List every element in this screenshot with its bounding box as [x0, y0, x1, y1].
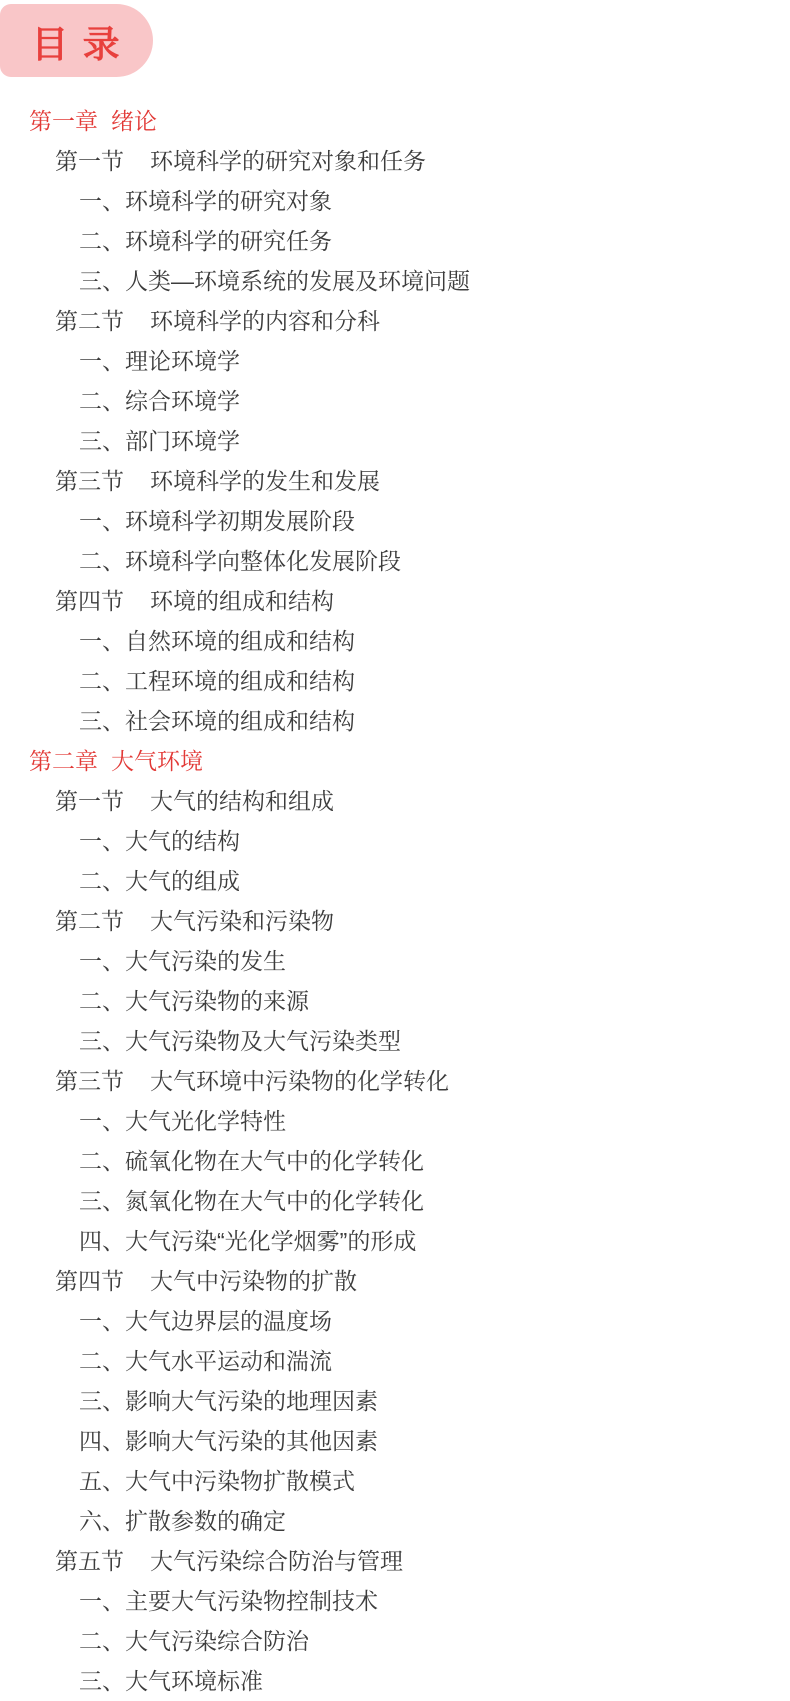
toc-title: 目 录: [31, 14, 121, 68]
toc-entry-item: 三、社会环境的组成和结构: [0, 701, 790, 741]
toc-entry-item: 三、影响大气污染的地理因素: [0, 1381, 790, 1421]
section-title: 大气环境中污染物的化学转化: [150, 1068, 449, 1094]
toc-entry-item: 一、大气光化学特性: [0, 1101, 790, 1141]
toc-item-text: 三、氮氧化物在大气中的化学转化: [79, 1188, 424, 1214]
toc-entry-item: 三、人类—环境系统的发展及环境问题: [0, 261, 790, 301]
toc-entry-item: 二、硫氧化物在大气中的化学转化: [0, 1141, 790, 1181]
toc-item-text: 一、环境科学初期发展阶段: [79, 508, 355, 534]
toc-entry-item: 一、自然环境的组成和结构: [0, 621, 790, 661]
section-label: 第三节: [55, 1068, 124, 1094]
toc-entry-item: 三、大气环境标准: [0, 1661, 790, 1701]
section-label: 第四节: [55, 588, 124, 614]
toc-item-text: 二、大气的组成: [79, 868, 240, 894]
toc-entry-item: 四、大气污染“光化学烟雾”的形成: [0, 1221, 790, 1261]
toc-entry-section: 第三节大气环境中污染物的化学转化: [0, 1061, 790, 1101]
toc-item-text: 一、环境科学的研究对象: [79, 188, 332, 214]
toc-item-text: 二、大气水平运动和湍流: [79, 1348, 332, 1374]
toc-entry-item: 三、氮氧化物在大气中的化学转化: [0, 1181, 790, 1221]
toc-entry-item: 二、工程环境的组成和结构: [0, 661, 790, 701]
toc-entry-item: 六、扩散参数的确定: [0, 1501, 790, 1541]
toc-item-text: 三、人类—环境系统的发展及环境问题: [79, 268, 470, 294]
toc-entry-item: 二、环境科学的研究任务: [0, 221, 790, 261]
chapter-label: 第一章: [29, 108, 98, 134]
toc-item-text: 五、大气中污染物扩散模式: [79, 1468, 355, 1494]
toc-entry-item: 一、理论环境学: [0, 341, 790, 381]
toc-item-text: 二、大气污染物的来源: [79, 988, 309, 1014]
section-title: 大气的结构和组成: [150, 788, 334, 814]
section-label: 第四节: [55, 1268, 124, 1294]
toc-entry-chapter: 第一章绪论: [0, 101, 790, 141]
toc-entry-section: 第五节大气污染综合防治与管理: [0, 1541, 790, 1581]
section-title: 大气污染综合防治与管理: [150, 1548, 403, 1574]
toc-item-text: 四、影响大气污染的其他因素: [79, 1428, 378, 1454]
toc-item-text: 二、大气污染综合防治: [79, 1628, 309, 1654]
section-label: 第一节: [55, 788, 124, 814]
toc-entry-item: 二、环境科学向整体化发展阶段: [0, 541, 790, 581]
toc-list: 第一章绪论第一节环境科学的研究对象和任务一、环境科学的研究对象二、环境科学的研究…: [0, 101, 790, 1701]
toc-item-text: 三、社会环境的组成和结构: [79, 708, 355, 734]
toc-page: 目 录 第一章绪论第一节环境科学的研究对象和任务一、环境科学的研究对象二、环境科…: [0, 4, 790, 1701]
toc-item-text: 二、综合环境学: [79, 388, 240, 414]
toc-item-text: 一、大气的结构: [79, 828, 240, 854]
toc-entry-section: 第二节环境科学的内容和分科: [0, 301, 790, 341]
toc-entry-section: 第三节环境科学的发生和发展: [0, 461, 790, 501]
toc-item-text: 一、大气光化学特性: [79, 1108, 286, 1134]
chapter-title: 绪论: [111, 108, 157, 134]
section-title: 大气中污染物的扩散: [150, 1268, 357, 1294]
toc-entry-item: 三、部门环境学: [0, 421, 790, 461]
section-title: 大气污染和污染物: [150, 908, 334, 934]
toc-entry-item: 一、大气污染的发生: [0, 941, 790, 981]
toc-entry-section: 第四节大气中污染物的扩散: [0, 1261, 790, 1301]
toc-entry-item: 一、大气的结构: [0, 821, 790, 861]
toc-item-text: 四、大气污染“光化学烟雾”的形成: [79, 1228, 416, 1254]
toc-item-text: 二、环境科学的研究任务: [79, 228, 332, 254]
toc-item-text: 一、大气边界层的温度场: [79, 1308, 332, 1334]
toc-entry-chapter: 第二章大气环境: [0, 741, 790, 781]
toc-item-text: 二、硫氧化物在大气中的化学转化: [79, 1148, 424, 1174]
toc-entry-item: 五、大气中污染物扩散模式: [0, 1461, 790, 1501]
section-title: 环境科学的研究对象和任务: [150, 148, 426, 174]
toc-entry-item: 二、大气水平运动和湍流: [0, 1341, 790, 1381]
toc-entry-item: 二、大气的组成: [0, 861, 790, 901]
toc-entry-item: 一、大气边界层的温度场: [0, 1301, 790, 1341]
toc-entry-item: 二、大气污染综合防治: [0, 1621, 790, 1661]
toc-item-text: 二、环境科学向整体化发展阶段: [79, 548, 401, 574]
toc-item-text: 三、部门环境学: [79, 428, 240, 454]
toc-item-text: 一、大气污染的发生: [79, 948, 286, 974]
toc-title-badge: 目 录: [0, 4, 153, 77]
toc-item-text: 三、大气环境标准: [79, 1668, 263, 1694]
toc-item-text: 一、理论环境学: [79, 348, 240, 374]
section-label: 第三节: [55, 468, 124, 494]
toc-item-text: 一、主要大气污染物控制技术: [79, 1588, 378, 1614]
toc-entry-item: 二、大气污染物的来源: [0, 981, 790, 1021]
toc-entry-item: 四、影响大气污染的其他因素: [0, 1421, 790, 1461]
section-label: 第一节: [55, 148, 124, 174]
toc-entry-item: 一、主要大气污染物控制技术: [0, 1581, 790, 1621]
section-label: 第五节: [55, 1548, 124, 1574]
section-label: 第二节: [55, 308, 124, 334]
toc-item-text: 一、自然环境的组成和结构: [79, 628, 355, 654]
toc-item-text: 二、工程环境的组成和结构: [79, 668, 355, 694]
section-title: 环境的组成和结构: [150, 588, 334, 614]
toc-item-text: 六、扩散参数的确定: [79, 1508, 286, 1534]
section-title: 环境科学的内容和分科: [150, 308, 380, 334]
toc-entry-item: 三、大气污染物及大气污染类型: [0, 1021, 790, 1061]
toc-item-text: 三、大气污染物及大气污染类型: [79, 1028, 401, 1054]
toc-entry-item: 二、综合环境学: [0, 381, 790, 421]
toc-entry-section: 第一节环境科学的研究对象和任务: [0, 141, 790, 181]
toc-entry-item: 一、环境科学初期发展阶段: [0, 501, 790, 541]
toc-entry-section: 第一节大气的结构和组成: [0, 781, 790, 821]
chapter-label: 第二章: [29, 748, 98, 774]
toc-item-text: 三、影响大气污染的地理因素: [79, 1388, 378, 1414]
section-title: 环境科学的发生和发展: [150, 468, 380, 494]
chapter-title: 大气环境: [111, 748, 203, 774]
section-label: 第二节: [55, 908, 124, 934]
toc-entry-section: 第四节环境的组成和结构: [0, 581, 790, 621]
toc-entry-section: 第二节大气污染和污染物: [0, 901, 790, 941]
toc-entry-item: 一、环境科学的研究对象: [0, 181, 790, 221]
